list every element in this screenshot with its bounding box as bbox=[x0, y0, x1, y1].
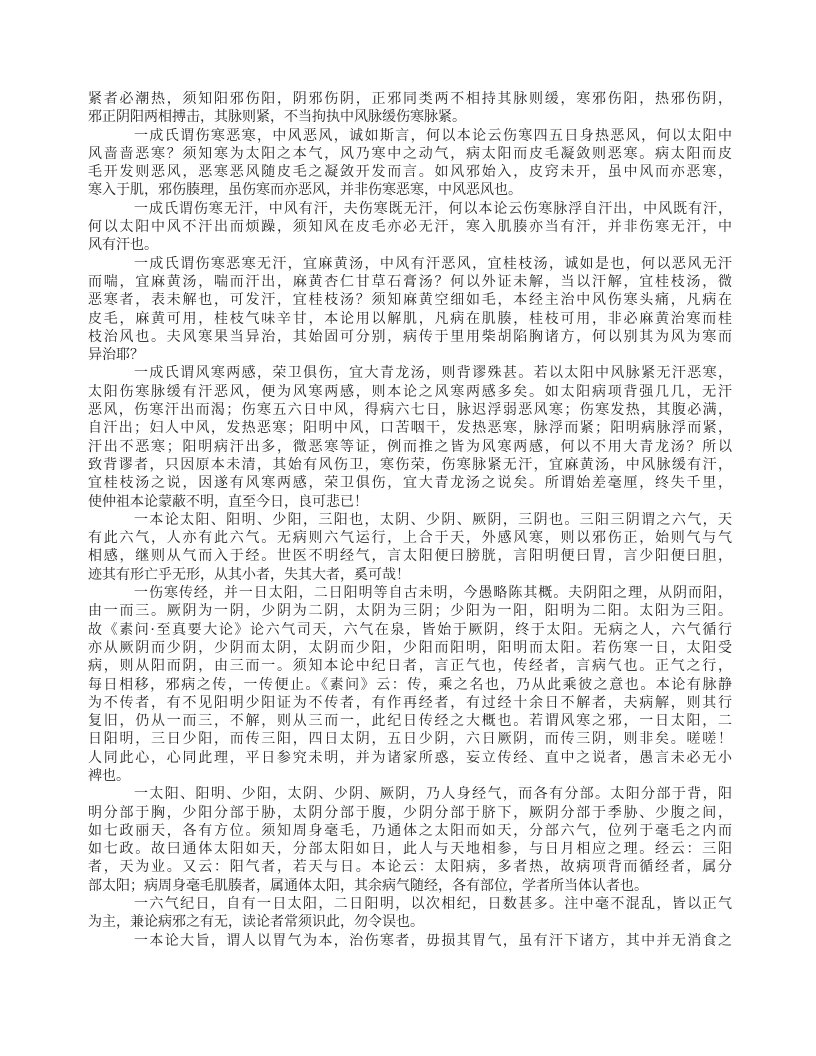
text-line: 一成氏谓伤寒恶寒无汗，宜麻黄汤，中风有汗恶风，宜桂枝汤，诚如是也，何以恶风无汗 bbox=[88, 255, 732, 273]
text-line: 枝治风也。夫风寒果当异治，其始固可分别，病传于里用柴胡陷胸诸方，何以别其为风为寒… bbox=[88, 328, 732, 346]
page-text: 紧者必潮热，须知阳邪伤阳，阴邪伤阴，正邪同类两不相持其脉则缓，寒邪伤阳，热邪伤阴… bbox=[88, 90, 732, 950]
text-line: 为主，兼论病邪之有无，读论者常须识此，勿令误也。 bbox=[88, 913, 732, 931]
text-line: 亦从厥阴而少阴，少阴而太阴，太阴而少阳，少阳而阳明，阳明而太阳。若伤寒一日，太阳… bbox=[88, 639, 732, 657]
text-line: 人同此心，心同此理，平日参究未明，并为诸家所惑，妄立传经、直中之说者，愚言未必无… bbox=[88, 749, 732, 767]
text-line: 明分部于胸，少阳分部于胁，太阴分部于腹，少阴分部于脐下，厥阴分部于季胁、少腹之间… bbox=[88, 804, 732, 822]
text-line: 恶寒者，表未解也，可发汗，宜桂枝汤？须知麻黄空细如毛，本经主治中风伤寒头痛，凡病… bbox=[88, 291, 732, 309]
text-line: 毛开发则恶风，恶寒恶风随皮毛之凝敛开发而言。如风邪始入，皮窍未开，虽中风而亦恶寒… bbox=[88, 163, 732, 181]
text-line: 如七政丽天，各有方位。须知周身毫毛，乃通体之太阳而如天，分部六气，位列于毫毛之内… bbox=[88, 822, 732, 840]
text-line: 致背谬者，只因原本未清，其始有风伤卫，寒伤荣，伤寒脉紧无汗，宜麻黄汤，中风脉缓有… bbox=[88, 456, 732, 474]
text-line: 有此六气，人亦有此六气。无病则六气运行，上合于天，外感风寒，则以邪伤正，始则气与… bbox=[88, 529, 732, 547]
text-line: 异治耶？ bbox=[88, 346, 732, 364]
text-line: 一本论大旨，谓人以胃气为本，治伤寒者，毋损其胃气，虽有汗下诸方，其中并无消食之 bbox=[88, 932, 732, 950]
text-line: 一成氏谓风寒两感，荣卫俱伤，宜大青龙汤，则背谬殊甚。若以太阳中风脉紧无汗恶寒， bbox=[88, 364, 732, 382]
text-line: 而喘，宜麻黄汤，喘而汗出，麻黄杏仁甘草石膏汤？何以外证未解，当以汗解，宜桂枝汤，… bbox=[88, 273, 732, 291]
text-line: 者，天为业。又云：阳气者，若天与日。本论云：太阳病，多者热，故病项背而循经者，属… bbox=[88, 858, 732, 876]
text-line: 部太阳；病周身毫毛肌腠者，属通体太阳，其余病气随经，各有部位，学者所当体认者也。 bbox=[88, 877, 732, 895]
text-line: 寒入于肌，邪伤腠理，虽伤寒而亦恶风，并非伤寒恶寒，中风恶风也。 bbox=[88, 181, 732, 199]
text-line: 一本论太阳、阳明、少阳，三阳也，太阴、少阴、厥阴，三阴也。三阳三阴谓之六气，天 bbox=[88, 511, 732, 529]
text-line: 日阳明，三日少阳，而传三阳，四日太阴，五日少阴，六日厥阴，而传三阴，则非矣。嗟嗟… bbox=[88, 730, 732, 748]
text-line: 由一而三。厥阴为一阴，少阴为二阴，太阴为三阴；少阳为一阳，阳明为二阳。太阳为三阳… bbox=[88, 602, 732, 620]
text-line: 太阳伤寒脉缓有汗恶风，便为风寒两感，则本论之风寒两感多矣。如太阳病项背强几几，无… bbox=[88, 383, 732, 401]
text-line: 使仲祖本论蒙蔽不明，直至今日，良可悲已！ bbox=[88, 493, 732, 511]
text-line: 风有汗也。 bbox=[88, 236, 732, 254]
text-line: 皮毛，麻黄可用，桂枝气味辛甘，本论用以解肌，凡病在肌腠，桂枝可用，非必麻黄治寒而… bbox=[88, 310, 732, 328]
text-line: 迹其有形亡乎无形，从其小者，失其大者，奚可哉！ bbox=[88, 566, 732, 584]
text-line: 一伤寒传经，并一日太阳，二日阳明等自古未明，今愚略陈其概。夫阴阳之理，从阴而阳， bbox=[88, 584, 732, 602]
text-line: 紧者必潮热，须知阳邪伤阳，阴邪伤阴，正邪同类两不相持其脉则缓，寒邪伤阳，热邪伤阴… bbox=[88, 90, 732, 108]
text-line: 汗出不恶寒；阳明病汗出多，微恶寒等证，例而推之皆为风寒两感，何以不用大青龙汤？所… bbox=[88, 438, 732, 456]
text-line: 风啬啬恶寒？须知寒为太阳之本气，风乃寒中之动气，病太阳而皮毛凝敛则恶寒。病太阳而… bbox=[88, 145, 732, 163]
text-line: 复旧，仍从一而三，不解，则从三而一，此纪日传经之大概也。若谓风寒之邪，一日太阳，… bbox=[88, 712, 732, 730]
text-line: 一太阳、阳明、少阳，太阴、少阴、厥阴，乃人身经气，而各有分部。太阳分部于背，阳 bbox=[88, 785, 732, 803]
text-line: 一成氏谓伤寒无汗，中风有汗，夫伤寒既无汗，何以本论云伤寒脉浮自汗出，中风既有汗， bbox=[88, 200, 732, 218]
text-line: 每日相移，邪病之传，一传便止。《素问》云：传，乘之名也，乃从此乘彼之意也。本论有… bbox=[88, 676, 732, 694]
text-line: 如七政。故曰通体太阳如天，分部太阳如日，此人与天地相参，与日月相应之理。经云：三… bbox=[88, 840, 732, 858]
text-line: 一成氏谓伤寒恶寒，中风恶风，诚如斯言，何以本论云伤寒四五日身热恶风，何以太阳中 bbox=[88, 127, 732, 145]
text-line: 故《素问·至真要大论》论六气司天，六气在泉，皆始于厥阴，终于太阳。无病之人，六气… bbox=[88, 621, 732, 639]
text-line: 何以太阳中风不汗出而烦躁，须知风在皮毛亦必无汗，寒入肌腠亦当有汗，并非伤寒无汗，… bbox=[88, 218, 732, 236]
text-line: 为不传者，有不见阳明少阳证为不传者，有作再经者，有过经十余日不解者，夫病解，则其… bbox=[88, 694, 732, 712]
text-line: 一六气纪日，自有一日太阳，二日阳明，以次相纪，日数甚多。注中毫不混乱，皆以正气 bbox=[88, 895, 732, 913]
text-line: 相感，继则从气而入于经。世医不明经气，言太阳便曰膀胱，言阳明便曰胃，言少阳便曰胆… bbox=[88, 547, 732, 565]
text-line: 病，则从阳而阴，由三而一。须知本论中纪日者，言正气也，传经者，言病气也。正气之行… bbox=[88, 657, 732, 675]
text-line: 裨也。 bbox=[88, 767, 732, 785]
text-line: 邪正阴阳两相搏击，其脉则紧，不当拘执中风脉缓伤寒脉紧。 bbox=[88, 108, 732, 126]
text-line: 宜桂枝汤之说，因遂有风寒两感，荣卫俱伤，宜大青龙汤之说矣。所谓始差毫厘，终失千里… bbox=[88, 474, 732, 492]
document-page: 紧者必潮热，须知阳邪伤阳，阴邪伤阴，正邪同类两不相持其脉则缓，寒邪伤阳，热邪伤阴… bbox=[0, 0, 816, 1056]
text-line: 恶风，伤寒汗出而渴；伤寒五六日中风，得病六七日，脉迟浮弱恶风寒；伤寒发热，其腹必… bbox=[88, 401, 732, 419]
text-line: 自汗出；妇人中风，发热恶寒；阳明中风，口苦咽干，发热恶寒，脉浮而紧；阳明病脉浮而… bbox=[88, 419, 732, 437]
